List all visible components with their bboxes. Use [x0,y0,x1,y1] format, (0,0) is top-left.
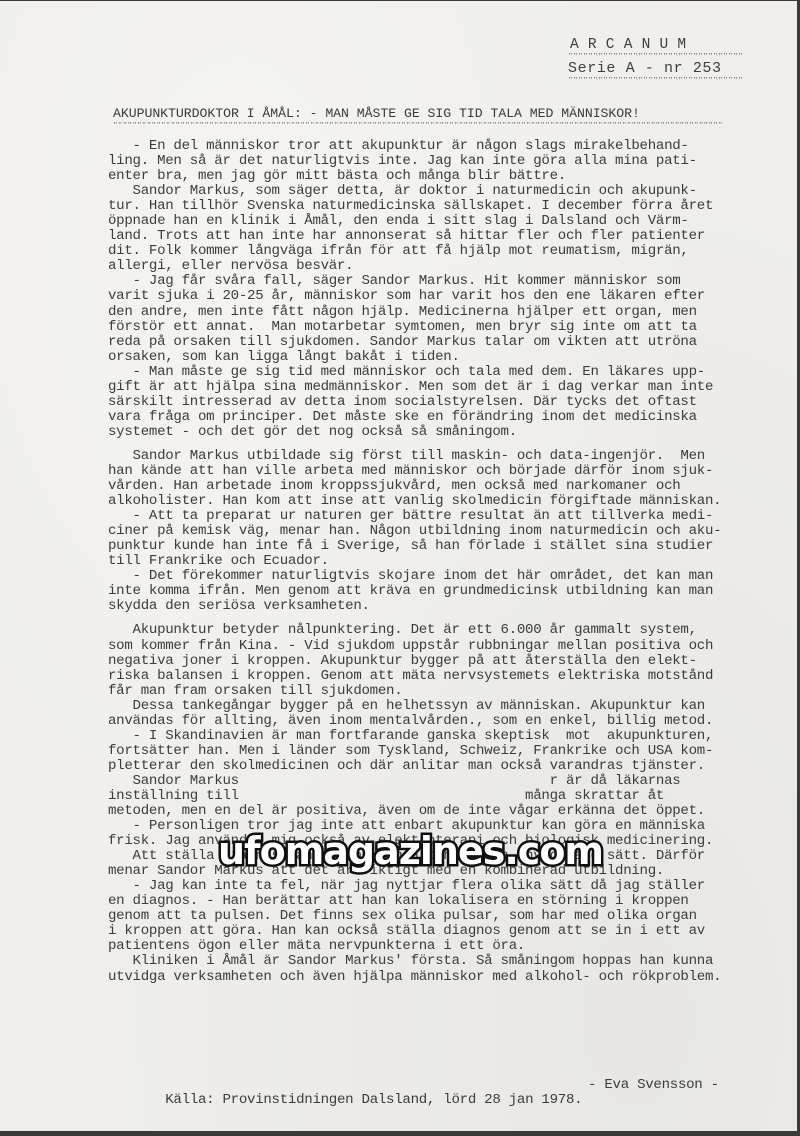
text-line: reda på orsaken till sjukdomen. Sandor M… [108,335,758,350]
text-line: pletterar den skolmedicinen och där anli… [108,759,758,774]
text-line: negativa joner i kroppen. Akupunktur byg… [108,654,758,669]
paragraph: Sandor Markus, som säger detta, är dokto… [108,184,758,274]
text-line: varit sjuka i 20-25 år, människor som ha… [108,289,758,304]
text-line: - Jag får svåra fall, säger Sandor Marku… [108,274,758,289]
text-line: - En del människor tror att akupunktur ä… [108,139,758,154]
text-line: den andre, men inte fått någon hjälp. Me… [108,305,758,320]
text-line: riska balansen i kroppen. Genom att mäta… [108,669,758,684]
text-line: ciner på kemisk väg, menar han. Någon ut… [108,524,758,539]
series-number: Serie A - nr 253 [568,61,748,77]
text-line: gift är att hjälpa sina medmänniskor. Me… [108,380,758,395]
text-line: - Man måste ge sig tid med människor och… [108,365,758,380]
series-underline: """"""""""""""""""""""""""""""""""" [568,77,748,85]
watermark: ufomagazines.com [218,829,603,873]
text-line: enter bra, men jag gör mitt bästa och må… [108,169,758,184]
text-line: fortsätter han. Men i länder som Tysklan… [108,744,758,759]
paragraph: - Jag får svåra fall, säger Sandor Marku… [108,274,758,364]
text-line: - Att ta preparat ur naturen ger bättre … [108,509,758,524]
publication-header: ARCANUM """"""""""""""""""""""""""""""""… [568,37,748,85]
text-line: Sandor Markus utbildade sig först till m… [108,449,758,464]
text-line: öppnade han en klinik i Åmål, den enda i… [108,214,758,229]
text-line: till Frankrike och Ecuador. [108,554,758,569]
text-line: han kände att han ville arbeta med männi… [108,464,758,479]
text-line: - Det förekommer naturligtvis skojare in… [108,569,758,584]
text-line: som kommer från Kina. - Vid sjukdom upps… [108,639,758,654]
paragraph: Kliniken i Åmål är Sandor Markus' första… [108,954,758,984]
text-line: tur. Han tillhör Svenska naturmedicinska… [108,199,758,214]
text-line: vården. Han arbetade inom kroppssjukvård… [108,479,758,494]
paragraph: - En del människor tror att akupunktur ä… [108,139,758,184]
text-line: skydda den seriösa verksamheten. [108,599,758,614]
text-line: land. Trots att han inte har annonserat … [108,229,758,244]
text-line: systemet - och det gör det nog också så … [108,425,758,440]
text-line: Sandor Markus r är då läkarnas [108,774,758,789]
text-line: förstör ett annat. Man motarbetar symtom… [108,320,758,335]
paragraph: - Att ta preparat ur naturen ger bättre … [108,509,758,569]
article-footer: Källa: Provinstidningen Dalsland, lörd 2… [108,1078,758,1136]
paragraph: Akupunktur betyder nålpunktering. Det är… [108,623,758,698]
article-title: AKUPUNKTURDOKTOR I ÅMÅL: - MAN MÅSTE GE … [113,107,753,121]
text-line: orsaken, som kan ligga långt bakåt i tid… [108,350,758,365]
paragraph: - Det förekommer naturligtvis skojare in… [108,569,758,614]
text-line: användas för allting, även inom mentalvå… [108,714,758,729]
text-line: dit. Folk kommer långväga ifrån för att … [108,244,758,259]
paragraph: Dessa tankegångar bygger på en helhetssy… [108,699,758,729]
title-underline: """"""""""""""""""""""""""""""""""""""""… [113,122,723,130]
text-line: ling. Men så är det naturligtvis inte. J… [108,154,758,169]
masthead-title: ARCANUM [568,37,748,53]
text-line: får man fram orsaken till sjukdomen. [108,684,758,699]
document-page: ARCANUM """"""""""""""""""""""""""""""""… [0,1,797,1131]
text-line: Kliniken i Åmål är Sandor Markus' första… [108,954,758,969]
paragraph: - Jag kan inte ta fel, när jag nyttjar f… [108,879,758,954]
text-line: en diagnos. - Han berättar att han kan l… [108,894,758,909]
text-line: Dessa tankegångar bygger på en helhetssy… [108,699,758,714]
text-line: inte komma ifrån. Men genom att kräva en… [108,584,758,599]
source-citation: Källa: Provinstidningen Dalsland, lörd 2… [141,1092,583,1108]
text-line: i kroppen att göra. Han kan också ställa… [108,924,758,939]
paragraph: - Man måste ge sig tid med människor och… [108,365,758,440]
text-line: allergi, eller nervösa besvär. [108,259,758,274]
text-line: alkoholister. Han kom att inse att vanli… [108,494,758,509]
text-line: - I Skandinavien är man fortfarande gans… [108,729,758,744]
text-line: vara fråga om principer. Det måste ske e… [108,410,758,425]
text-line: Akupunktur betyder nålpunktering. Det är… [108,623,758,638]
text-line: utvidga verksamheten och även hjälpa män… [108,970,758,985]
text-line: metoden, men en del är positiva, även om… [108,804,758,819]
text-line: inställning till många skrattar åt [108,789,758,804]
paragraph: Sandor Markus r är då läkarnasinställnin… [108,774,758,819]
paragraph: Sandor Markus utbildade sig först till m… [108,449,758,509]
author-byline: - Eva Svensson - [588,1078,719,1093]
paragraph: - I Skandinavien är man fortfarande gans… [108,729,758,774]
text-line: särskilt intresserad av detta inom socia… [108,395,758,410]
text-line: punktur kunde han inte få i Sverige, så … [108,539,758,554]
text-line: genom att ta pulsen. Det finns sex olika… [108,909,758,924]
text-line: - Jag kan inte ta fel, när jag nyttjar f… [108,879,758,894]
text-line: Sandor Markus, som säger detta, är dokto… [108,184,758,199]
